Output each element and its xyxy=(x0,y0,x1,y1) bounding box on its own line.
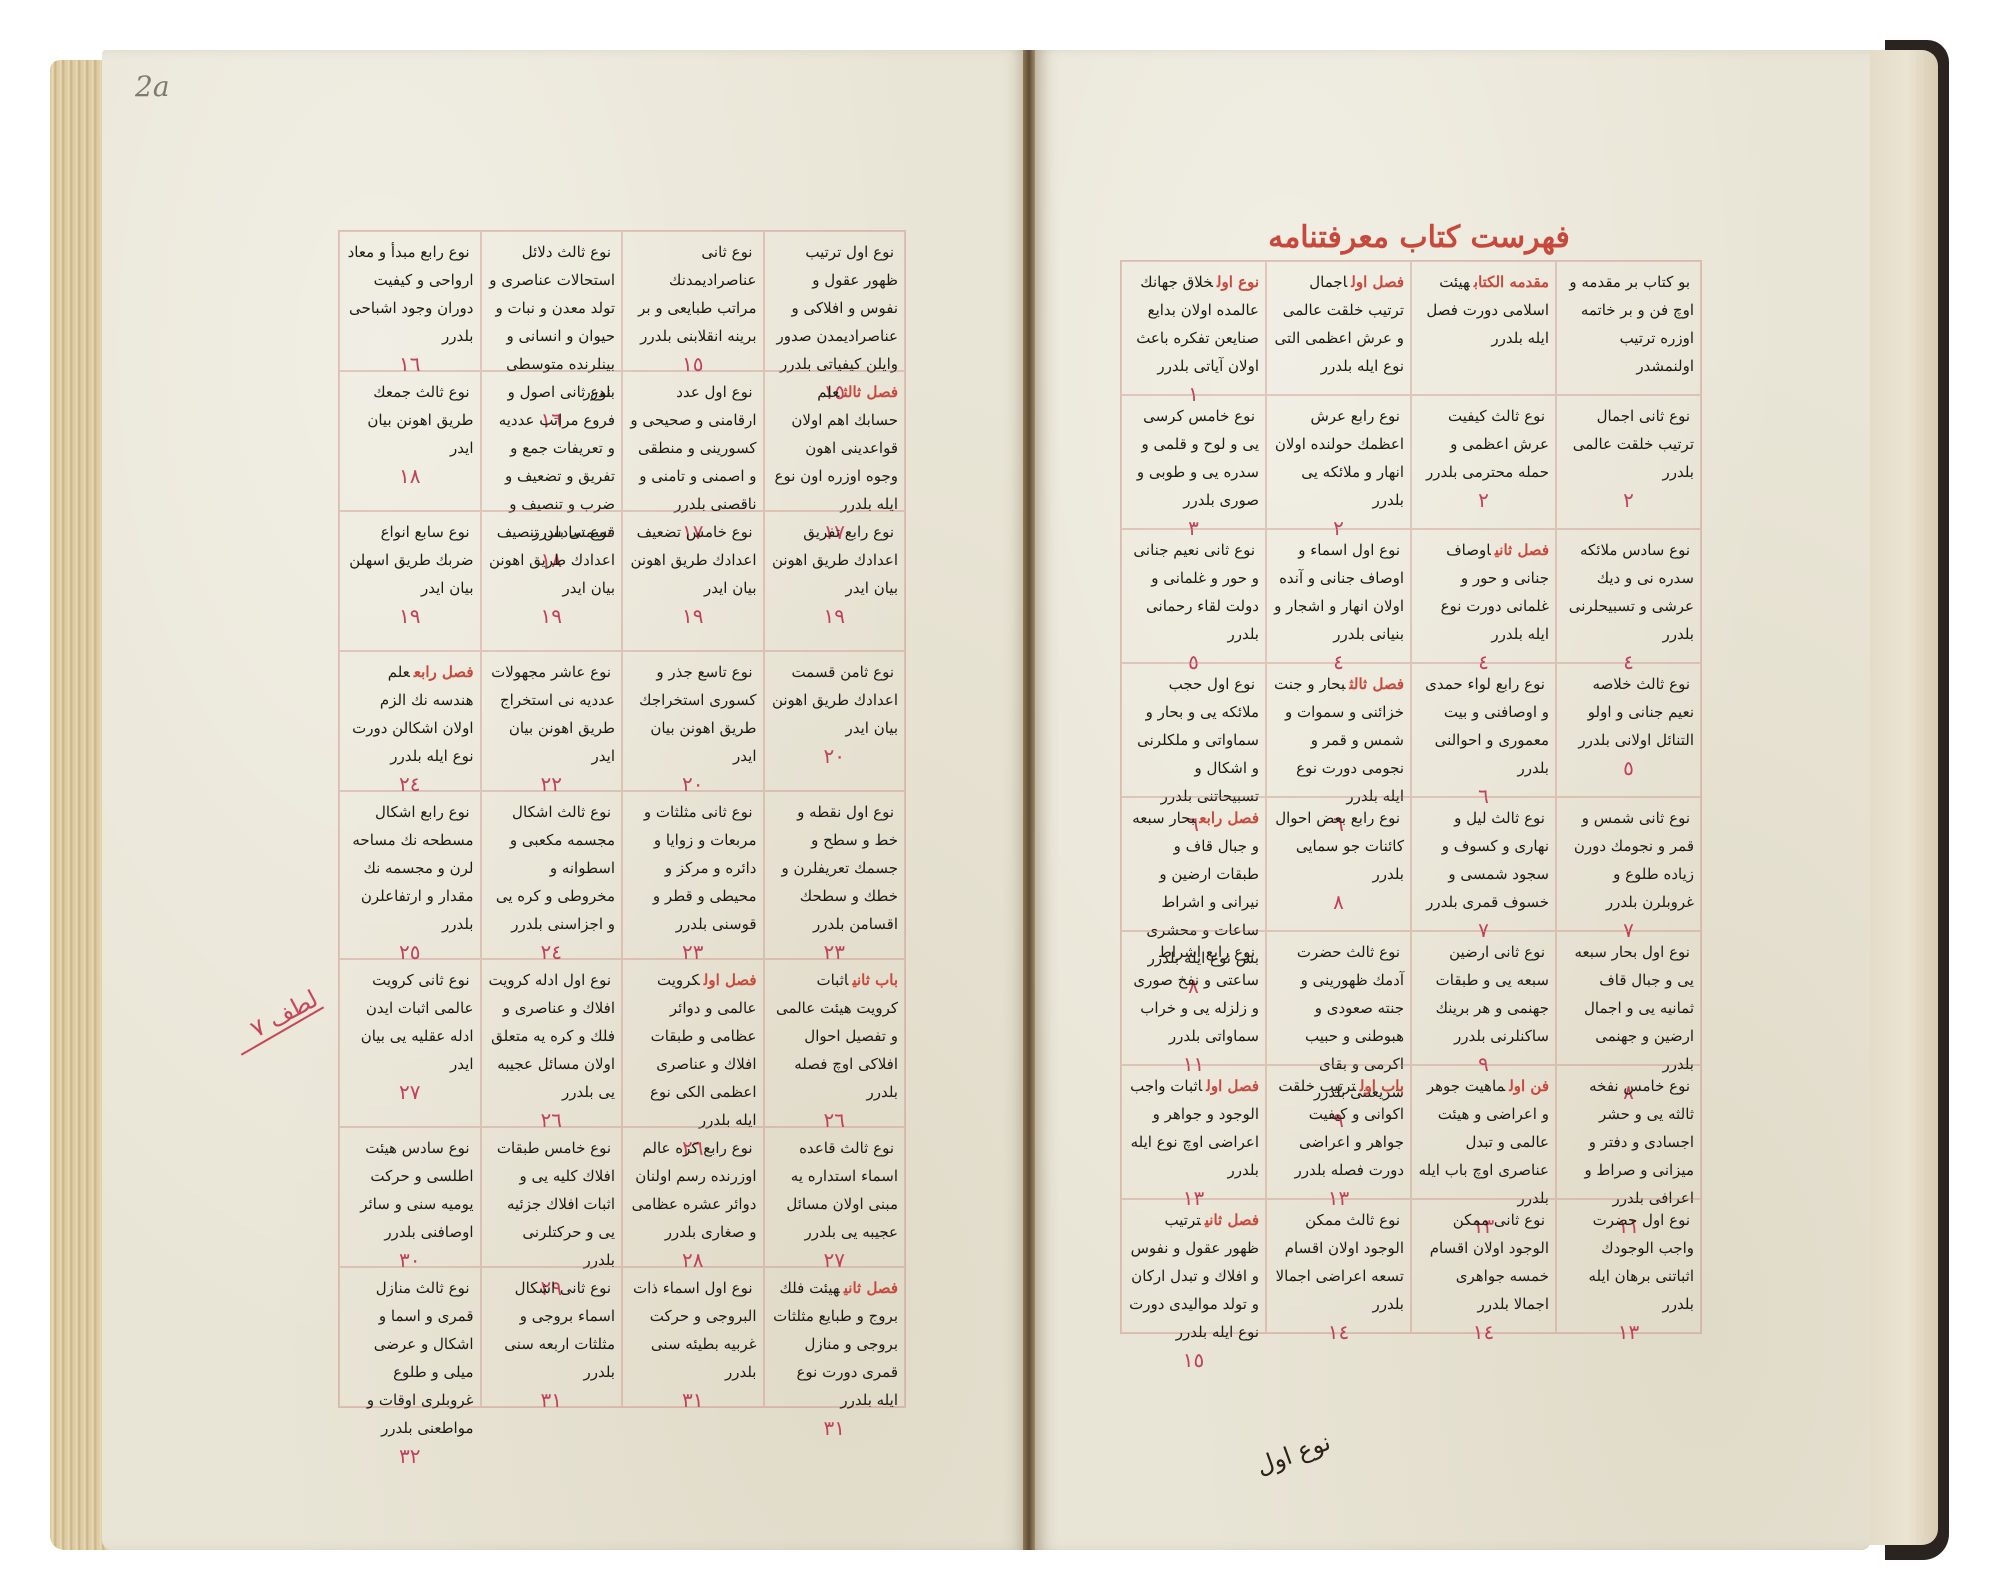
entry-text: نوع رابع اشکال مسطحه نك مساحه لرن و مجسم… xyxy=(352,803,473,933)
entry-text: نوع اول اسماء ذات البروجی و حرکت غربیه ب… xyxy=(633,1279,757,1381)
entry-text: اثبات کرویت هیئت عالمی و تفصیل احوال افل… xyxy=(776,971,898,1101)
contents-entry: باب اولترتیب خلقت اکوانی و کیفیت جواهر و… xyxy=(1266,1065,1411,1199)
contents-entry: نوع ثانی عناصرادیمدنك مراتب طبایعی و بر … xyxy=(622,231,764,371)
rubric-heading: فصل اول xyxy=(1206,1077,1259,1095)
entry-text: کرویت عالمی و دوائر عظامی و طبقات افلاك … xyxy=(650,971,757,1129)
left-page-contents-grid: نوع اول ترتیب ظهور عقول و نفوس و افلاکی … xyxy=(338,230,906,1408)
entry-text: نوع ثالث قاعده اسماء استداره یه مبنی اول… xyxy=(786,1139,898,1241)
entry-text: علم حسابك اهم اولان قواعدینی اهون وجوه ا… xyxy=(775,383,899,513)
contents-entry: نوع ثالث حضرت آدمك ظهورینی و جنته صعودی … xyxy=(1266,931,1411,1065)
contents-entry: نوع سادس ملائکه سدره نی و دیك عرشی و تسب… xyxy=(1556,529,1701,663)
contents-entry: نوع ثالث قاعده اسماء استداره یه مبنی اول… xyxy=(764,1127,906,1267)
page-number: ١٩ xyxy=(771,604,899,628)
entry-text: ماهیت جوهر و اعراضی و هیئت عالمی و تبدل … xyxy=(1419,1077,1549,1207)
contents-entry: نوع اول اسماء ذات البروجی و حرکت غربیه ب… xyxy=(622,1267,764,1407)
contents-entry: فصل رابععلم هندسه نك الزم اولان اشکالن د… xyxy=(339,651,481,791)
entry-text: نوع سادس ملائکه سدره نی و دیك عرشی و تسب… xyxy=(1569,541,1694,643)
entry-text: نوع اول نقطه و خط و سطح و جسمك تعریفلرن … xyxy=(782,803,898,933)
rubric-heading: فصل رابع xyxy=(414,663,474,681)
contents-entry: نوع اولخلاق جهانك عالمده اولان بدایع صنا… xyxy=(1121,261,1266,395)
entry-text: نوع خامس کرسی یی و لوح و قلمی و سدره یی … xyxy=(1137,407,1259,509)
contents-entry: فصل اولکرویت عالمی و دوائر عظامی و طبقات… xyxy=(622,959,764,1127)
contents-entry: نوع رابع عرش اعظمك حولنده اولان انهار و … xyxy=(1266,395,1411,529)
entry-text: نوع اول بحار سبعه یی و جبال قاف ثمانیه ی… xyxy=(1574,943,1694,1073)
entry-text: ترتیب ظهور عقول و نفوس و افلاك و تبدل ار… xyxy=(1129,1211,1259,1341)
entry-text: نوع خامس تضعیف اعدادك طریق اهونن بیان ای… xyxy=(630,523,756,597)
page-number: ٨ xyxy=(1273,890,1404,914)
entry-text: نوع ثانی ممکن الوجود اولان اقسام خمسه جو… xyxy=(1430,1211,1549,1313)
entry-text: نوع ثالث منازل قمری و اسما و اشکال و عرض… xyxy=(367,1279,474,1437)
contents-entry: فصل ثانیاوصاف جنانی و حور و غلمانی دورت … xyxy=(1411,529,1556,663)
entry-text: بحار و جنت خزائنی و سموات و شمس و قمر و … xyxy=(1274,675,1404,805)
page-number: ١٥ xyxy=(1128,1348,1259,1372)
contents-entry: نوع ثانی اصول و فروع مراتب عددیه و تعریف… xyxy=(481,371,623,511)
entry-text: نوع ثانی شمس و قمر و نجومك دورن زیاده طل… xyxy=(1574,809,1694,911)
rubric-heading: فصل ثانی xyxy=(1205,1211,1259,1229)
entry-text: نوع ثانی ارضین سبعه یی و طبقات جهنمی و ه… xyxy=(1436,943,1549,1045)
contents-entry: نوع اول ترتیب ظهور عقول و نفوس و افلاکی … xyxy=(764,231,906,371)
contents-entry: نوع رابع کره عالم اوزرنده رسم اولنان دوا… xyxy=(622,1127,764,1267)
page-number: ٢ xyxy=(1418,488,1549,512)
entry-text: نوع ثالث اشکال مجسمه مکعبی و اسطوانه و م… xyxy=(496,803,615,933)
contents-entry: نوع سابع انواع ضربك طریق اسهلن بیان ایدر… xyxy=(339,511,481,651)
contents-entry: نوع ثالث اشکال مجسمه مکعبی و اسطوانه و م… xyxy=(481,791,623,959)
entry-text: نوع اول حجب ملائکه یی و بحار و سماواتی و… xyxy=(1137,675,1259,805)
entry-text: نوع رابع لواء حمدی و اوصافنی و بیت معمور… xyxy=(1425,675,1549,777)
spine-gutter xyxy=(1023,50,1035,1550)
page-number: ٣١ xyxy=(771,1416,899,1440)
contents-entry: نوع رابع تفریق اعدادك طریق اهونن بیان ای… xyxy=(764,511,906,651)
rubric-heading: فصل ثانی xyxy=(1495,541,1549,559)
contents-entry: فصل اولاجمال ترتیب خلقت عالمی و عرش اعظم… xyxy=(1266,261,1411,395)
contents-entry: نوع ثانی کرویت عالمی اثبات ایدن ادله عقل… xyxy=(339,959,481,1127)
contents-entry: نوع سادس هیئت اطلسی و حرکت یومیه سنی و س… xyxy=(339,1127,481,1267)
entry-text: نوع رابع بعض احوال کائنات جو سمایی بلدرر xyxy=(1275,809,1404,883)
rubric-heading: فن اول xyxy=(1509,1077,1549,1095)
page-number: ٣١ xyxy=(629,1388,757,1412)
contents-entry: مقدمه الکتابهیئت اسلامی دورت فصل ایله بل… xyxy=(1411,261,1556,395)
page-number: ٢٧ xyxy=(346,1080,474,1104)
contents-entry: نوع اول نقطه و خط و سطح و جسمك تعریفلرن … xyxy=(764,791,906,959)
contents-entry: فصل ثالثعلم حسابك اهم اولان قواعدینی اهو… xyxy=(764,371,906,511)
entry-text: نوع ثالث خلاصه نعیم جنانی و اولو التنائل… xyxy=(1578,675,1694,749)
entry-text: نوع ثانی اشکال اسماء بروجی و مثلثات اربع… xyxy=(504,1279,615,1381)
page-number: ٢ xyxy=(1563,488,1694,512)
contents-entry: نوع اول ادله کرویت افلاك و عناصری و فلك … xyxy=(481,959,623,1127)
entry-text: نوع ثالث لیل و نهاری و کسوف و سجود شمسی … xyxy=(1426,809,1549,911)
contents-entry: نوع ثالث کیفیت عرش اعظمی و حمله محترمی ب… xyxy=(1411,395,1556,529)
entry-text: نوع ثالث ممکن الوجود اولان اقسام تسعه اع… xyxy=(1276,1211,1404,1313)
table-of-contents-title: فهرست کتاب معرفتنامه xyxy=(1140,220,1698,255)
contents-entry: نوع ثامن قسمت اعدادك طریق اهونن بیان اید… xyxy=(764,651,906,791)
rubric-heading: فصل ثانی xyxy=(844,1279,898,1297)
contents-entry: نوع عاشر مجهولات عددیه نی استخراج طریق ا… xyxy=(481,651,623,791)
page-number: ١٨ xyxy=(346,464,474,488)
contents-entry: نوع ثانی ارضین سبعه یی و طبقات جهنمی و ه… xyxy=(1411,931,1556,1065)
entry-text: نوع خامس طبقات افلاك کلیه یی و اثبات افل… xyxy=(497,1139,615,1269)
contents-entry: فصل رابعبحار سبعه و جبال قاف و طبقات ارض… xyxy=(1121,797,1266,931)
entry-text: نوع ثالث جمعك طریق اهونن بیان ایدر xyxy=(367,383,473,457)
page-number: ٣٢ xyxy=(346,1444,474,1468)
folio-mark: 2a xyxy=(135,70,170,103)
entry-text: نوع ثانی کرویت عالمی اثبات ایدن ادله عقل… xyxy=(361,971,474,1073)
contents-entry: نوع ثالث منازل قمری و اسما و اشکال و عرض… xyxy=(339,1267,481,1407)
contents-entry: نوع ثانی نعیم جنانی و حور و غلمانی و دول… xyxy=(1121,529,1266,663)
entry-text: نوع اول اسماء و اوصاف جنانی و آنده اولان… xyxy=(1274,541,1404,643)
contents-entry: نوع ثالث ممکن الوجود اولان اقسام تسعه اع… xyxy=(1266,1199,1411,1333)
contents-entry: نوع اول اسماء و اوصاف جنانی و آنده اولان… xyxy=(1266,529,1411,663)
contents-entry: نوع ثانی شمس و قمر و نجومك دورن زیاده طل… xyxy=(1556,797,1701,931)
rubric-heading: فصل اول xyxy=(704,971,757,989)
contents-entry: فن اولماهیت جوهر و اعراضی و هیئت عالمی و… xyxy=(1411,1065,1556,1199)
contents-entry: نوع ثالث جمعك طریق اهونن بیان ایدر١٨ xyxy=(339,371,481,511)
rubric-heading: نوع اول xyxy=(1217,273,1259,291)
contents-entry: نوع خامس نفخه ثالثه یی و حشر اجسادی و دف… xyxy=(1556,1065,1701,1199)
contents-entry: فصل ثانیهیئت فلك بروج و طبایع مثلثات برو… xyxy=(764,1267,906,1407)
rubric-heading: باب ثانی xyxy=(852,971,898,989)
entry-text: نوع ثانی عناصرادیمدنك مراتب طبایعی و بر … xyxy=(638,243,756,345)
entry-text: نوع خامس نفخه ثالثه یی و حشر اجسادی و دف… xyxy=(1584,1077,1694,1207)
entry-text: نوع ثانی اجمال ترتیب خلقت عالمی بلدرر xyxy=(1573,407,1694,481)
entry-text: نوع اول عدد ارقامنی و صحیحی و کسورینی و … xyxy=(630,383,756,513)
contents-entry: نوع خامس کرسی یی و لوح و قلمی و سدره یی … xyxy=(1121,395,1266,529)
page-number: ١٤ xyxy=(1273,1320,1404,1344)
contents-entry: نوع ثانی اجمال ترتیب خلقت عالمی بلدرر٢ xyxy=(1556,395,1701,529)
contents-entry: نوع خامس تضعیف اعدادك طریق اهونن بیان ای… xyxy=(622,511,764,651)
rubric-heading: فصل ثالث xyxy=(1349,675,1404,693)
entry-text: نوع رابع عرش اعظمك حولنده اولان انهار و … xyxy=(1275,407,1404,509)
contents-entry: باب ثانیاثبات کرویت هیئت عالمی و تفصیل ا… xyxy=(764,959,906,1127)
contents-entry: فصل ثانیترتیب ظهور عقول و نفوس و افلاك و… xyxy=(1121,1199,1266,1333)
entry-text: نوع ثالث کیفیت عرش اعظمی و حمله محترمی ب… xyxy=(1426,407,1549,481)
contents-entry: نوع اول عدد ارقامنی و صحیحی و کسورینی و … xyxy=(622,371,764,511)
entry-text: نوع رابع اشراط ساعتی و نفخ صوری و زلزله … xyxy=(1133,943,1259,1045)
page-number: ١٩ xyxy=(629,604,757,628)
rubric-heading: فصل اول xyxy=(1351,273,1404,291)
contents-entry: نوع تاسع جذر و کسوری استخراجك طریق اهونن… xyxy=(622,651,764,791)
entry-text: نوع تاسع جذر و کسوری استخراجك طریق اهونن… xyxy=(639,663,756,765)
page-number: ١٤ xyxy=(1418,1320,1549,1344)
page-number: ١٣ xyxy=(1563,1320,1694,1344)
page-number: ١٩ xyxy=(346,604,474,628)
contents-entry: نوع اول بحار سبعه یی و جبال قاف ثمانیه ی… xyxy=(1556,931,1701,1065)
contents-entry: نوع ثالث دلائل استحالات عناصری و تولد مع… xyxy=(481,231,623,371)
entry-text: نوع اول ترتیب ظهور عقول و نفوس و افلاکی … xyxy=(776,243,898,373)
contents-entry: نوع رابع اشکال مسطحه نك مساحه لرن و مجسم… xyxy=(339,791,481,959)
right-page-contents-grid: بو کتاب بر مقدمه و اوچ فن و بر خاتمه اوز… xyxy=(1120,260,1702,1334)
contents-entry: نوع اول حجب ملائکه یی و بحار و سماواتی و… xyxy=(1121,663,1266,797)
rubric-heading: فصل ثالث xyxy=(843,383,898,401)
rubric-heading: باب اول xyxy=(1360,1077,1404,1095)
left-page-stack-edge xyxy=(50,60,110,1550)
rubric-heading: فصل رابع xyxy=(1199,809,1259,827)
contents-entry: نوع ثالث لیل و نهاری و کسوف و سجود شمسی … xyxy=(1411,797,1556,931)
entry-text: نوع رابع کره عالم اوزرنده رسم اولنان دوا… xyxy=(632,1139,757,1241)
entry-text: نوع اول ادله کرویت افلاك و عناصری و فلك … xyxy=(488,971,615,1101)
contents-entry: نوع رابع اشراط ساعتی و نفخ صوری و زلزله … xyxy=(1121,931,1266,1065)
rubric-heading: مقدمه الکتاب xyxy=(1474,273,1549,291)
contents-entry: بو کتاب بر مقدمه و اوچ فن و بر خاتمه اوز… xyxy=(1556,261,1701,395)
entry-text: نوع اول حضرت واجب الوجودك اثباتنی برهان … xyxy=(1589,1211,1694,1313)
page-number: ١٩ xyxy=(488,604,616,628)
contents-entry: نوع رابع بعض احوال کائنات جو سمایی بلدرر… xyxy=(1266,797,1411,931)
contents-entry: نوع رابع مبدأ و معاد ارواحی و کیفیت دورا… xyxy=(339,231,481,371)
entry-text: نوع ثانی مثلثات و مربعات و زوایا و دائره… xyxy=(644,803,757,933)
contents-entry: فصل ثالثبحار و جنت خزائنی و سموات و شمس … xyxy=(1266,663,1411,797)
entry-text: نوع عاشر مجهولات عددیه نی استخراج طریق ا… xyxy=(491,663,615,765)
entry-text: نوع سادس تنصیف اعدادك طریق اهونن بیان ای… xyxy=(489,523,615,597)
entry-text: نوع سادس هیئت اطلسی و حرکت یومیه سنی و س… xyxy=(360,1139,473,1241)
right-page-stack-edge xyxy=(1860,50,1938,1545)
contents-entry: نوع ثانی اشکال اسماء بروجی و مثلثات اربع… xyxy=(481,1267,623,1407)
page-number: ٥ xyxy=(1563,756,1694,780)
entry-text: بو کتاب بر مقدمه و اوچ فن و بر خاتمه اوز… xyxy=(1569,273,1694,375)
contents-entry: نوع رابع لواء حمدی و اوصافنی و بیت معمور… xyxy=(1411,663,1556,797)
contents-entry: نوع ثالث خلاصه نعیم جنانی و اولو التنائل… xyxy=(1556,663,1701,797)
entry-text: نوع رابع مبدأ و معاد ارواحی و کیفیت دورا… xyxy=(348,243,474,345)
entry-text: نوع ثانی نعیم جنانی و حور و غلمانی و دول… xyxy=(1133,541,1259,643)
entry-text: هیئت فلك بروج و طبایع مثلثات بروجی و منا… xyxy=(773,1279,898,1409)
page-number: ٢٠ xyxy=(771,744,899,768)
contents-entry: نوع سادس تنصیف اعدادك طریق اهونن بیان ای… xyxy=(481,511,623,651)
contents-entry: نوع ثانی مثلثات و مربعات و زوایا و دائره… xyxy=(622,791,764,959)
page-number: ٣١ xyxy=(488,1388,616,1412)
contents-entry: فصل اولاثبات واجب الوجود و جواهر و اعراض… xyxy=(1121,1065,1266,1199)
entry-text: نوع سابع انواع ضربك طریق اسهلن بیان ایدر xyxy=(349,523,473,597)
entry-text: نوع رابع تفریق اعدادك طریق اهونن بیان ای… xyxy=(772,523,898,597)
contents-entry: نوع اول حضرت واجب الوجودك اثباتنی برهان … xyxy=(1556,1199,1701,1333)
contents-entry: نوع خامس طبقات افلاك کلیه یی و اثبات افل… xyxy=(481,1127,623,1267)
contents-entry: نوع ثانی ممکن الوجود اولان اقسام خمسه جو… xyxy=(1411,1199,1556,1333)
entry-text: نوع ثامن قسمت اعدادك طریق اهونن بیان اید… xyxy=(772,663,898,737)
